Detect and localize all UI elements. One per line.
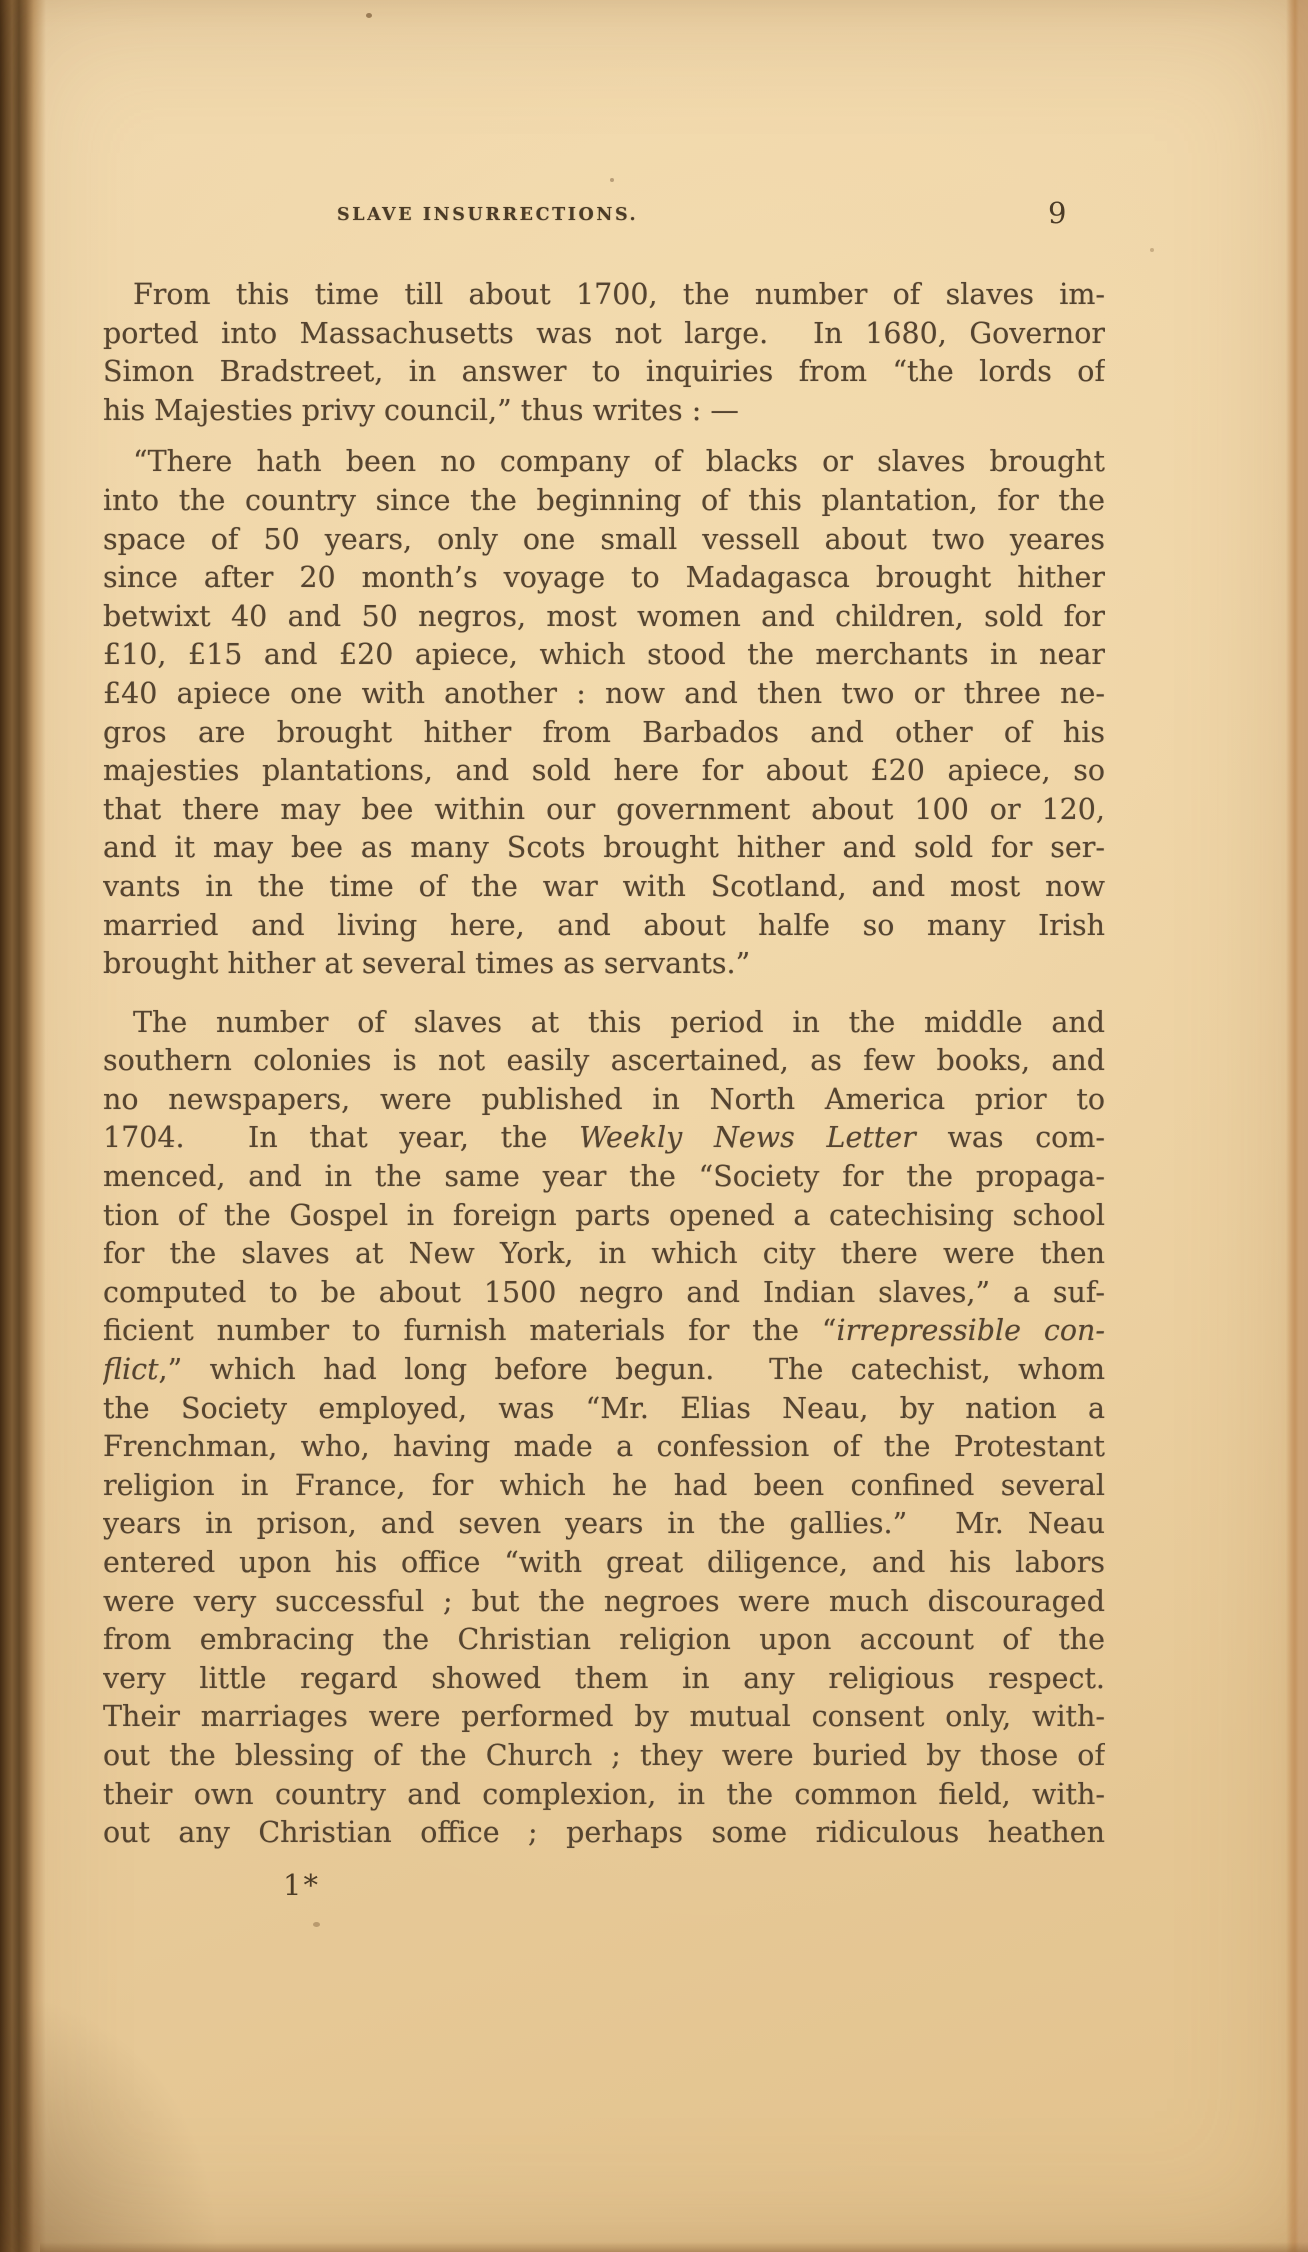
text-line: entered upon his office “with great dili…: [103, 1544, 1105, 1583]
text-line: Simon Bradstreet, in answer to inquiries…: [103, 353, 1105, 392]
text-line: their own country and complexion, in the…: [103, 1776, 1105, 1815]
text-line: From this time till about 1700, the numb…: [103, 276, 1105, 315]
text-line: space of 50 years, only one small vessel…: [103, 521, 1105, 560]
text-line: vants in the time of the war with Scotla…: [103, 868, 1105, 907]
text-line: 1704. In that year, the Weekly News Lett…: [103, 1119, 1105, 1158]
text-line: £40 apiece one with another : now and th…: [103, 675, 1105, 714]
text-line: religion in France, for which he had bee…: [103, 1467, 1105, 1506]
text-line: £10, £15 and £20 apiece, which stood the…: [103, 636, 1105, 675]
text-line: menced, and in the same year the “Societ…: [103, 1158, 1105, 1197]
text-line: very little regard showed them in any re…: [103, 1660, 1105, 1699]
text-line: computed to be about 1500 negro and Indi…: [103, 1274, 1105, 1313]
text-line: Their marriages were performed by mutual…: [103, 1698, 1105, 1737]
text-line: and it may bee as many Scots brought hit…: [103, 829, 1105, 868]
text-line: The number of slaves at this period in t…: [103, 1004, 1105, 1043]
text-line: for the slaves at New York, in which cit…: [103, 1235, 1105, 1274]
scanned-book-page: SLAVE INSURRECTIONS. 9 From this time ti…: [0, 0, 1308, 2252]
text-line: his Majesties privy council,” thus write…: [103, 392, 1105, 431]
text-line: flict,” which had long before begun. The…: [103, 1351, 1105, 1390]
signature-mark: 1*: [283, 1868, 320, 1902]
text-line: that there may bee within our government…: [103, 791, 1105, 830]
text-line: since after 20 month’s voyage to Madagas…: [103, 559, 1105, 598]
text-line: were very successful ; but the negroes w…: [103, 1583, 1105, 1622]
text-line: the Society employed, was “Mr. Elias Nea…: [103, 1390, 1105, 1429]
paragraph: From this time till about 1700, the numb…: [103, 276, 1105, 430]
text-line: into the country since the beginning of …: [103, 482, 1105, 521]
text-line: from embracing the Christian religion up…: [103, 1621, 1105, 1660]
page-stack-edge: [1286, 0, 1308, 2252]
paragraph: The number of slaves at this period in t…: [103, 1004, 1105, 1853]
paragraph: “There hath been no company of blacks or…: [103, 443, 1105, 983]
text-line: married and living here, and about halfe…: [103, 907, 1105, 946]
text-line: ficient number to furnish materials for …: [103, 1312, 1105, 1351]
page-number: 9: [1048, 196, 1066, 230]
paper-speck: [366, 13, 372, 18]
text-line: Frenchman, who, having made a confession…: [103, 1428, 1105, 1467]
running-head-title: SLAVE INSURRECTIONS.: [337, 205, 638, 225]
text-line: no newspapers, were published in North A…: [103, 1081, 1105, 1120]
text-line: southern colonies is not easily ascertai…: [103, 1042, 1105, 1081]
text-line: brought hither at several times as serva…: [103, 945, 1105, 984]
book-gutter-shadow: [0, 0, 46, 2252]
text-line: “There hath been no company of blacks or…: [103, 443, 1105, 482]
paper-speck: [313, 1922, 320, 1927]
text-line: ported into Massachusetts was not large.…: [103, 315, 1105, 354]
page-bottom-edge: [40, 2242, 1308, 2252]
page-body: From this time till about 1700, the numb…: [103, 276, 1105, 1853]
text-line: out any Christian office ; perhaps some …: [103, 1814, 1105, 1853]
text-line: years in prison, and seven years in the …: [103, 1505, 1105, 1544]
paper-speck: [1150, 248, 1154, 252]
text-line: betwixt 40 and 50 negros, most women and…: [103, 598, 1105, 637]
text-line: out the blessing of the Church ; they we…: [103, 1737, 1105, 1776]
paper-speck: [610, 178, 614, 182]
text-line: gros are brought hither from Barbados an…: [103, 714, 1105, 753]
text-line: majesties plantations, and sold here for…: [103, 752, 1105, 791]
text-line: tion of the Gospel in foreign parts open…: [103, 1197, 1105, 1236]
